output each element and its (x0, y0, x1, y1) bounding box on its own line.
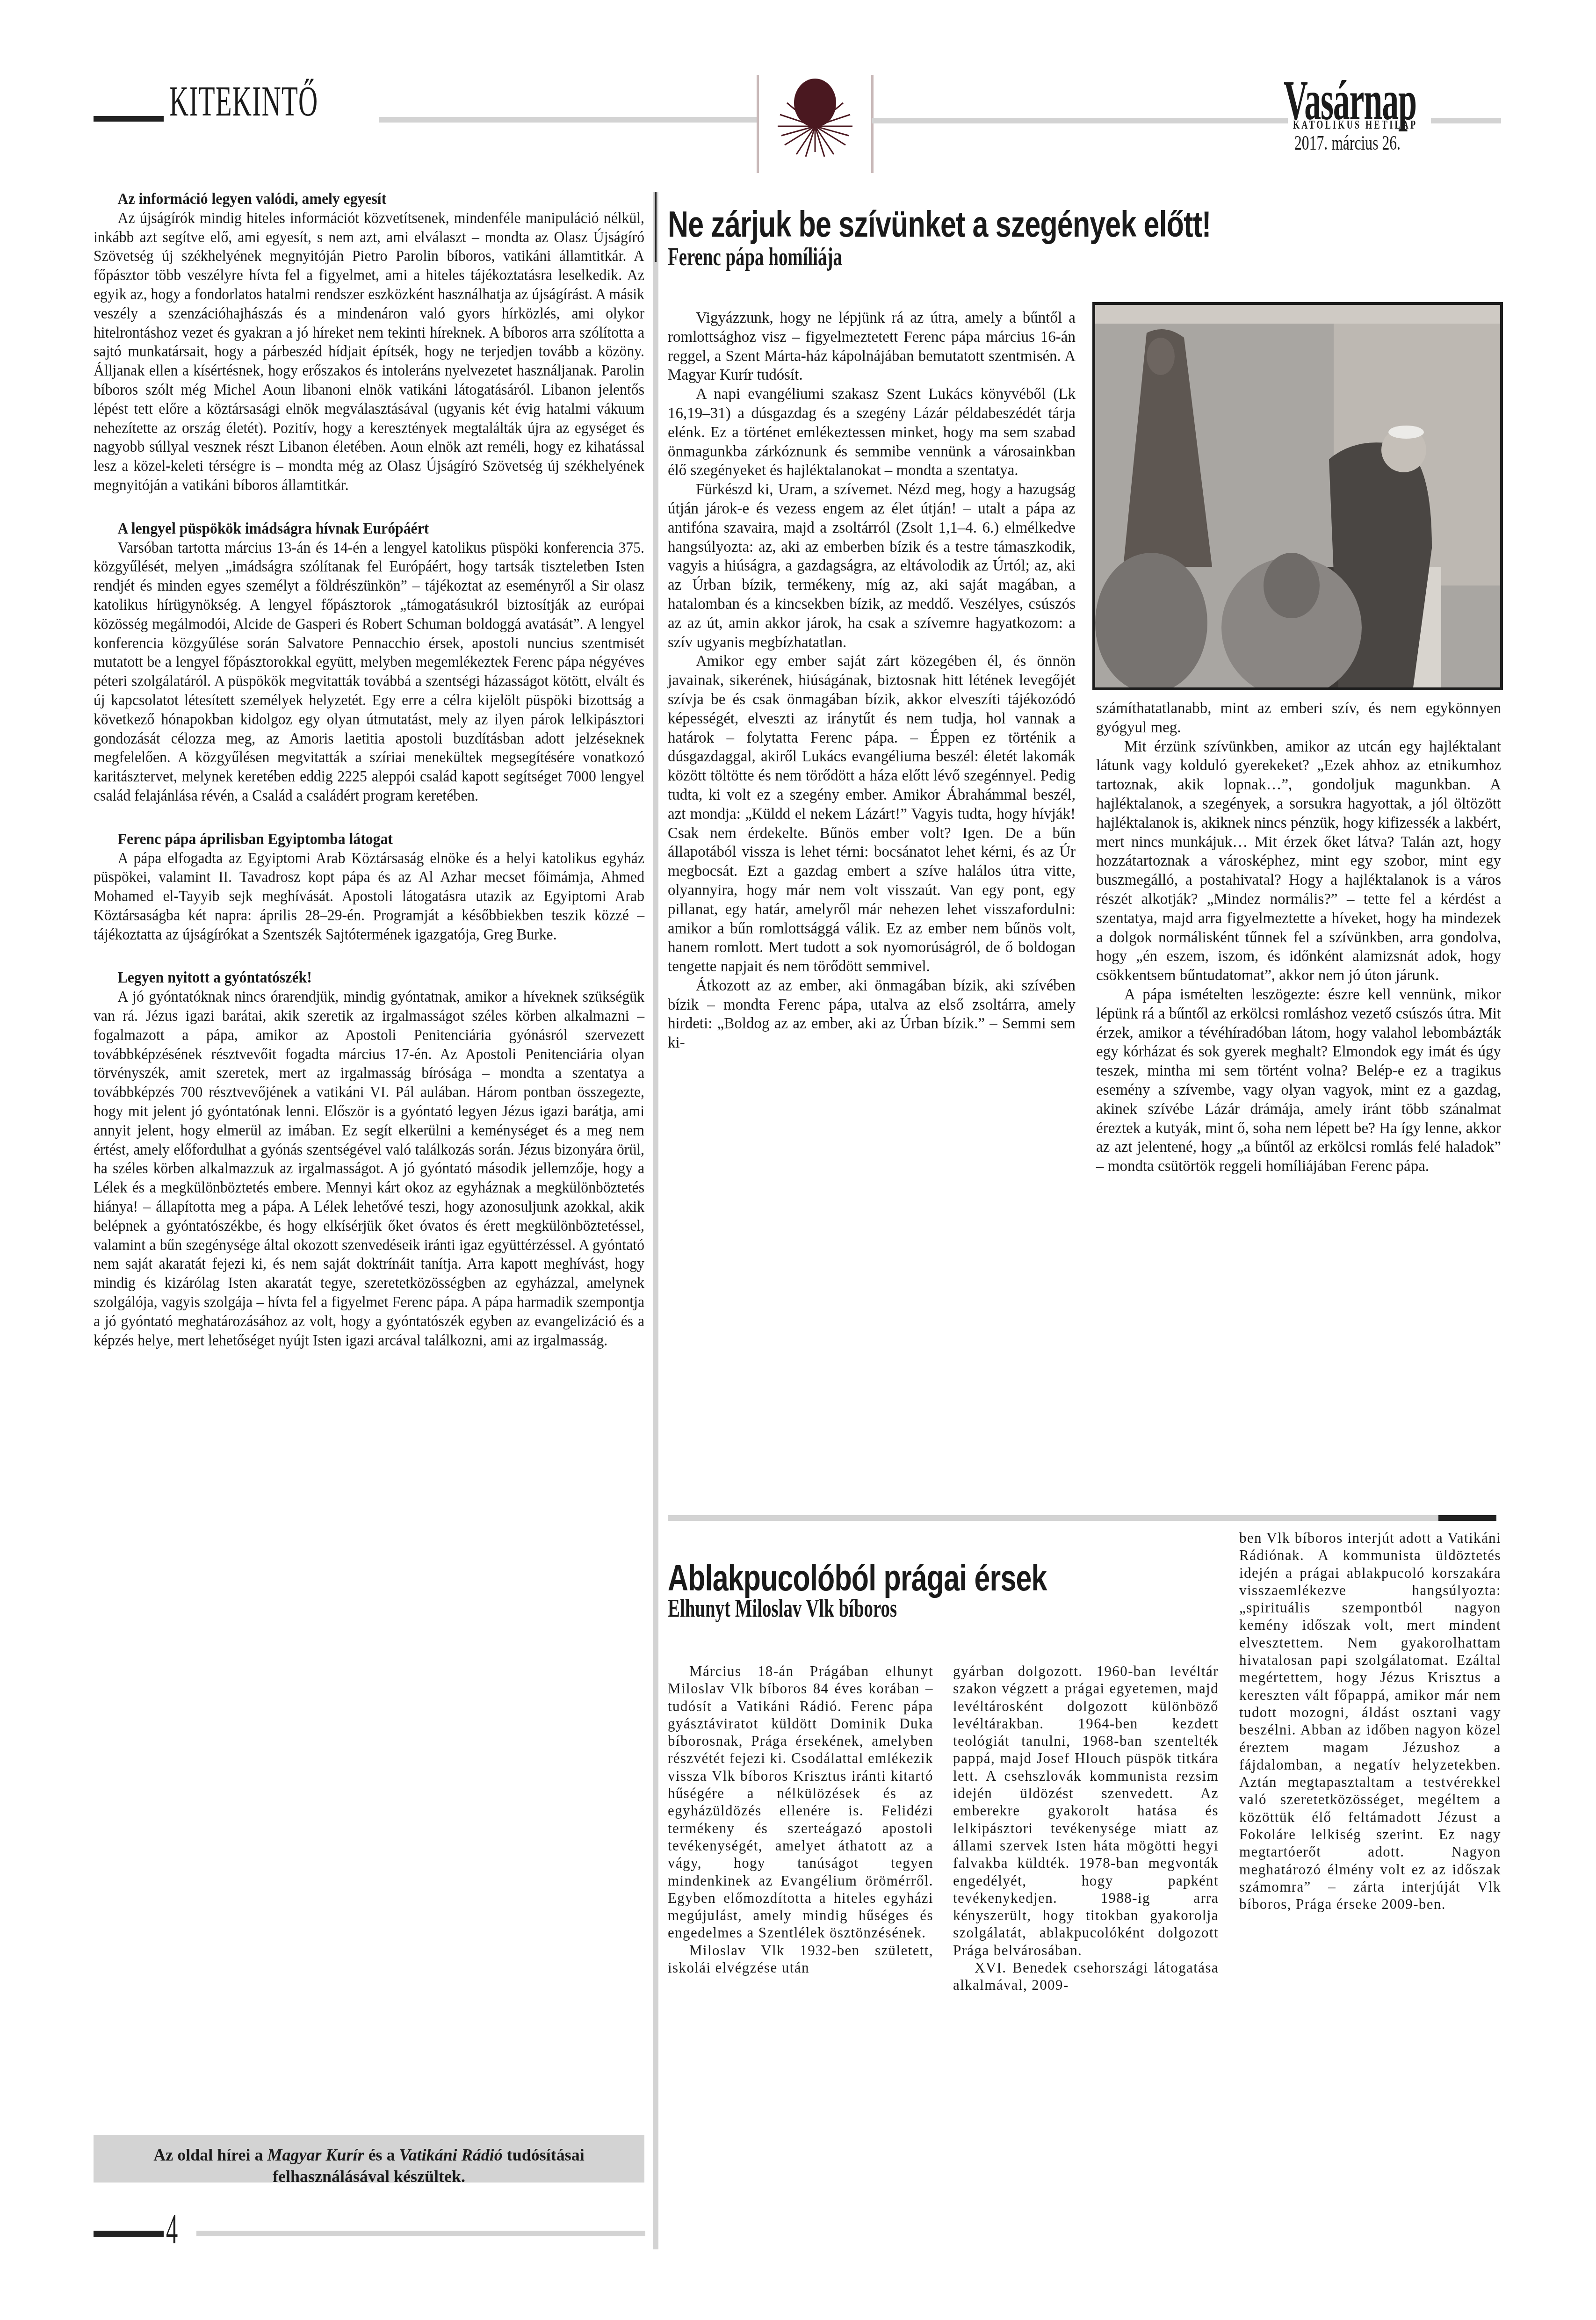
news-title-2: A lengyel püspökök imádságra hívnak Euró… (94, 519, 644, 538)
homily-para-7: A pápa ismételten leszögezte: észre kell… (1096, 985, 1501, 1176)
column-divider (653, 192, 658, 2249)
vlk-column-2: gyárban dolgozott. 1960-ban levéltár sza… (953, 1662, 1219, 1994)
vlk-para-3: gyárban dolgozott. 1960-ban levéltár sza… (953, 1662, 1219, 1959)
homily-continued: számíthatatlanabb, mint az emberi szív, … (1096, 699, 1501, 737)
news-body-3: A pápa elfogadta az Egyiptomi Arab Köztá… (94, 849, 644, 944)
vlk-para-4: XVI. Benedek csehországi látogatása alka… (953, 1959, 1219, 1994)
vlk-subheadline: Elhunyt Miloslav Vlk bíboros (668, 1596, 897, 1621)
news-body-4: A jó gyóntatóknak nincs órarendjük, mind… (94, 987, 644, 1350)
news-title-1: Az információ legyen valódi, amely egyes… (94, 189, 644, 209)
page-number: 4 (166, 2207, 178, 2250)
vlk-para-2: Miloslav Vlk 1932-ben született, iskolái… (668, 1942, 933, 1977)
header-rule-far-right (1431, 118, 1501, 123)
header-rule-right (872, 118, 1288, 123)
logo-frame (757, 75, 874, 173)
header-rule-left (379, 117, 758, 123)
homily-para-3: Fürkészd ki, Uram, a szívemet. Nézd meg,… (668, 480, 1076, 652)
homily-para-2: A napi evangéliumi szakasz Szent Lukács … (668, 385, 1076, 480)
news-column: Az információ legyen valódi, amely egyes… (94, 189, 644, 1350)
vlk-headline: Ablakpucolóból prágai érsek (668, 1560, 1047, 1596)
homily-headline: Ne zárjuk be szívünket a szegények előtt… (668, 206, 1211, 242)
pope-at-lectern-image (1095, 305, 1500, 687)
vlk-column-1: Március 18-án Prágában elhunyt Miloslav … (668, 1662, 933, 1976)
section-marker-block (94, 116, 164, 122)
homily-para-1: Vigyázzunk, hogy ne lépjünk rá az útra, … (668, 309, 1076, 385)
publication-tagline: KATOLIKUS HETILAP (1293, 118, 1417, 132)
article-separator-accent (1438, 1515, 1496, 1521)
source-vatikani-radio: Vatikáni Rádió (399, 2146, 503, 2164)
divider-accent (655, 192, 657, 262)
source-magyar-kurir: Magyar Kurír (267, 2146, 364, 2164)
news-body-1: Az újságírók mindig hiteles információt … (94, 209, 644, 495)
vlk-para-1: Március 18-án Prágában elhunyt Miloslav … (668, 1662, 933, 1942)
homily-para-4: Amikor egy ember saját zárt közegében él… (668, 652, 1076, 976)
issue-date: 2017. március 26. (1294, 131, 1401, 155)
pope-homily-photo (1092, 302, 1503, 690)
news-title-4: Legyen nyitott a gyóntatószék! (94, 968, 644, 987)
footer-rule (196, 2231, 645, 2236)
vlk-column-3: ben Vlk bíboros interjút adott a Vatikán… (1239, 1529, 1501, 1913)
homily-para-6: Mit érzünk szívünkben, amikor az utcán e… (1096, 737, 1501, 985)
news-title-3: Ferenc pápa áprilisban Egyiptomba látoga… (94, 830, 644, 849)
article-separator (668, 1515, 1495, 1521)
vlk-para-5: ben Vlk bíboros interjút adott a Vatikán… (1239, 1529, 1501, 1913)
homily-column-2: számíthatatlanabb, mint az emberi szív, … (1096, 699, 1501, 1176)
sunburst-monstrance-icon (759, 75, 871, 173)
news-body-2: Varsóban tartotta március 13-án és 14-én… (94, 538, 644, 805)
homily-subheadline: Ferenc pápa homíliája (668, 244, 842, 269)
section-title: KITEKINTŐ (169, 80, 318, 123)
homily-para-5: Átkozott az az ember, aki önmagában bízi… (668, 976, 1076, 1053)
source-credit-box: Az oldal hírei a Magyar Kurír és a Vatik… (94, 2135, 644, 2183)
footer-marker-block (94, 2231, 164, 2237)
homily-column-1: Vigyázzunk, hogy ne lépjünk rá az útra, … (668, 309, 1076, 1053)
